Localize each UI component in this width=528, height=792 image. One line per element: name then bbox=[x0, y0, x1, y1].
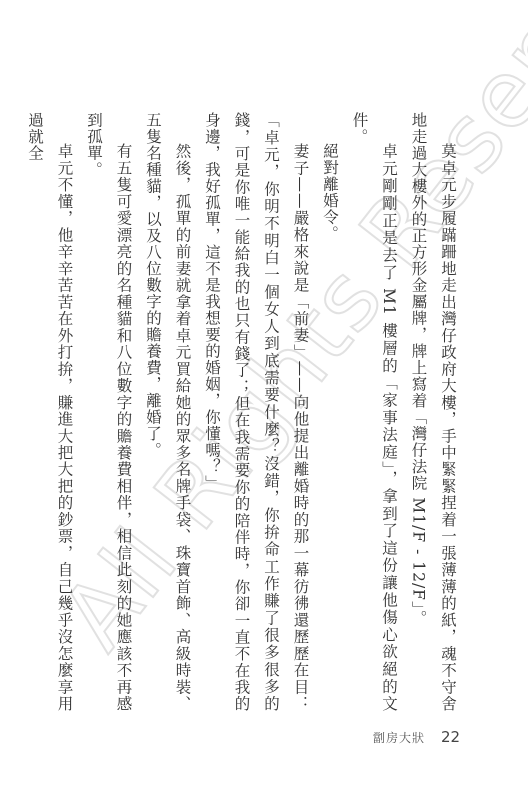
book-page: All Rights Reserved 莫卓元步履蹣跚地走出灣仔政府大樓，手中緊… bbox=[0, 0, 528, 792]
book-title: 劏房大狀 bbox=[373, 729, 425, 746]
paragraph-6: 有五隻可愛漂亮的名種貓和八位數字的贍養費相伴，相信此刻的她應該不再感到孤單。 bbox=[79, 112, 138, 712]
page-number: 22 bbox=[441, 728, 460, 746]
paragraph-7: 卓元不懂，他辛辛苦苦在外打拚，賺進大把大把的鈔票，自己幾乎沒怎麼享用過就全 bbox=[20, 112, 79, 712]
paragraph-2: 卓元剛剛正是去了 M1 樓層的「家事法庭」，拿到了這份讓他傷心欲絕的文件。 bbox=[344, 112, 403, 712]
page-footer: 劏房大狀 22 bbox=[373, 728, 460, 746]
paragraph-4: 妻子——嚴格來說是「前妻」——向他提出離婚時的那一幕彷彿還歷歷在目：「卓元，你明… bbox=[197, 112, 315, 712]
paragraph-5: 然後，孤單的前妻就拿着卓元買給她的眾多名牌手袋、珠寶首飾、高級時裝、五隻名種貓，… bbox=[138, 112, 197, 712]
paragraph-3: 絕對離婚令。 bbox=[315, 112, 345, 712]
vertical-text-body: 莫卓元步履蹣跚地走出灣仔政府大樓，手中緊緊捏着一張薄薄的紙，魂不守舍地走過大樓外… bbox=[20, 112, 463, 712]
paragraph-1: 莫卓元步履蹣跚地走出灣仔政府大樓，手中緊緊捏着一張薄薄的紙，魂不守舍地走過大樓外… bbox=[403, 112, 462, 712]
